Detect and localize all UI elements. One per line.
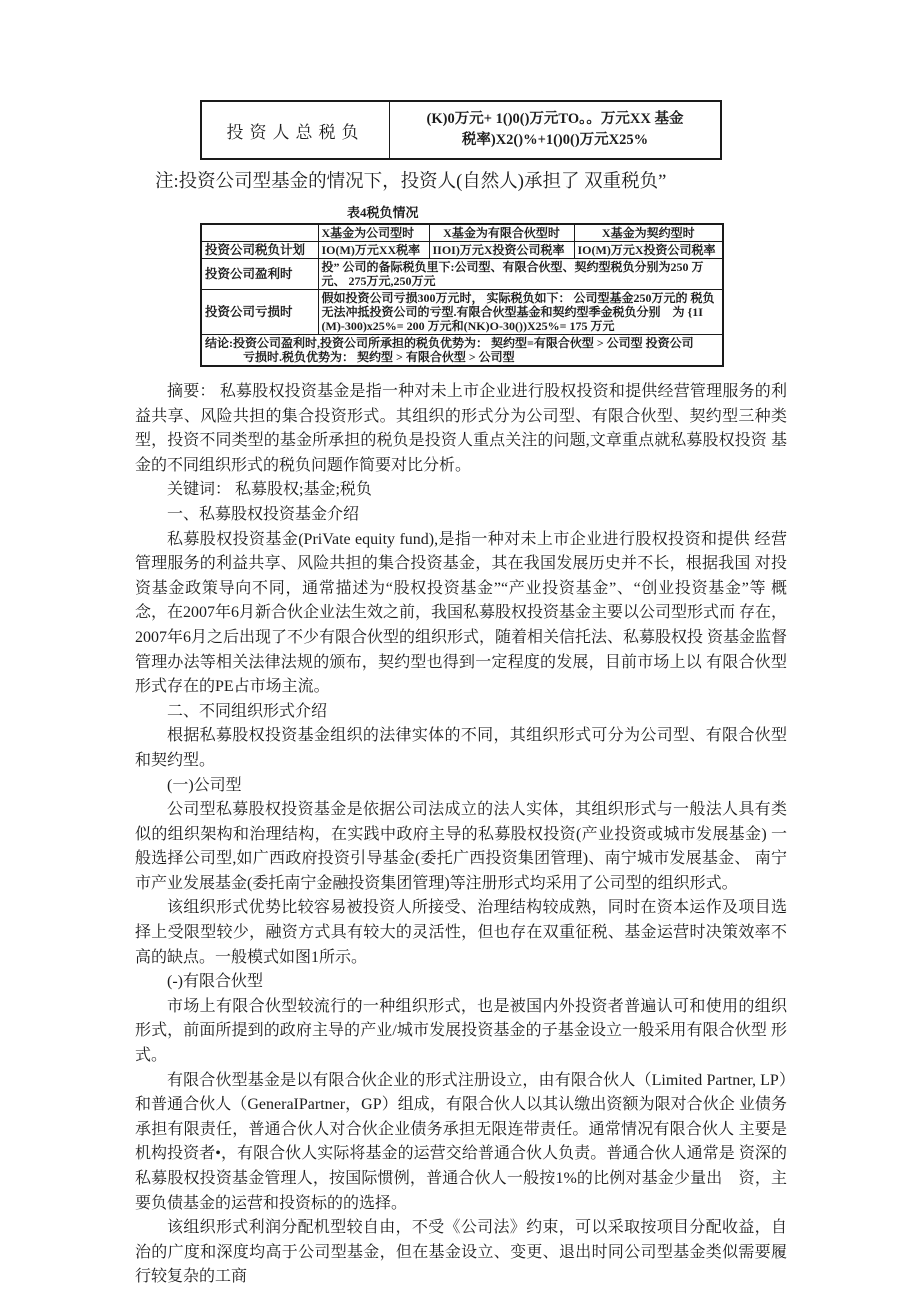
section-heading-2: 二、不同组织形式介绍 (135, 700, 787, 725)
double-tax-note: 注:投资公司型基金的情况下，投资人(自然人)承担了 双重税负” (155, 169, 787, 195)
abstract-paragraph: 摘要： 私募股权投资基金是指一种对未上市企业进行股权投资和提供经营管理服务的利 … (135, 380, 787, 478)
table-row: 投资人总税负 (K)0万元+ 1()0()万元TO。。万元XX 基金 税率)X2… (201, 101, 721, 159)
document-page: 投资人总税负 (K)0万元+ 1()0()万元TO。。万元XX 基金 税率)X2… (0, 0, 920, 1301)
header-contract-type: X基金为契约型时 (574, 224, 723, 242)
table-row-profit-case: 投资公司盈利时 投” 公司的备际税负里下:公司型、有限合伙型、契约型税负分别为2… (201, 259, 723, 290)
tax-plan-company-cell: IO(M)万元XX税率 (318, 242, 429, 259)
subsection-company-type: (一)公司型 (135, 774, 787, 799)
paragraph-partnership-intro: 市场上有限合伙型较流行的一种组织形式，也是被国内外投资者普遍认可和使用的组织 形… (135, 995, 787, 1069)
table4-caption: 表4税负情况 (347, 202, 787, 221)
table-row-tax-plan: 投资公司税负计划 IO(M)万元XX税率 IIOI)万元X投资公司税率 IO(M… (201, 242, 723, 259)
row-label-tax-plan: 投资公司税负计划 (201, 242, 318, 259)
investor-total-tax-table: 投资人总税负 (K)0万元+ 1()0()万元TO。。万元XX 基金 税率)X2… (200, 100, 722, 160)
keywords-line: 关键词： 私募股权;基金;税负 (135, 478, 787, 503)
section-heading-1: 一、私募股权投资基金介绍 (135, 503, 787, 528)
article-body: 摘要： 私募股权投资基金是指一种对未上市企业进行股权投资和提供经营管理服务的利 … (135, 380, 787, 1290)
subsection-partnership-type: (-)有限合伙型 (135, 970, 787, 995)
investor-total-tax-label: 投资人总税负 (201, 101, 390, 159)
paragraph-org-forms: 根据私募股权投资基金组织的法律实体的不同，其组织形式可分为公司型、有限合伙型 和… (135, 724, 787, 773)
row-label-loss: 投资公司亏损时 (201, 290, 318, 335)
conclusion-cell: 结论:投资公司盈利时,投资公司所承担的税负优势为： 契约型=有限合伙型 > 公司… (201, 335, 723, 367)
header-empty-cell (201, 224, 318, 242)
profit-case-cell: 投” 公司的备际税负里下:公司型、有限合伙型、契约型税负分别为250 万元、 2… (318, 259, 723, 290)
formula-line-1: (K)0万元+ 1()0()万元TO。。万元XX 基金 (394, 109, 716, 130)
tax-plan-contract-cell: IO(M)万元X投资公司税率 (574, 242, 723, 259)
paragraph-intro: 私募股权投资基金(PriVate equity fund),是指一种对未上市企业… (135, 528, 787, 700)
paragraph-company-desc: 公司型私募股权投资基金是依据公司法成立的法人实体，其组织形式与一般法人具有类 似… (135, 798, 787, 896)
formula-line-2: 税率)X2()%+1()0()万元X25% (394, 130, 716, 151)
tax-burden-table: X基金为公司型时 X基金为有限合伙型时 X基金为契约型时 投资公司税负计划 IO… (200, 223, 724, 367)
paragraph-partnership-profit: 该组织形式利润分配机型较自由，不受《公司法》约束，可以采取按项目分配收益，自 治… (135, 1216, 787, 1290)
table-header-row: X基金为公司型时 X基金为有限合伙型时 X基金为契约型时 (201, 224, 723, 242)
header-partnership-type: X基金为有限合伙型时 (429, 224, 574, 242)
header-company-type: X基金为公司型时 (318, 224, 429, 242)
conclusion-line-2: 亏损时.税负优势为： 契约型 > 有限合伙型 > 公司型 (205, 350, 719, 364)
investor-total-tax-formula: (K)0万元+ 1()0()万元TO。。万元XX 基金 税率)X2()%+1()… (390, 101, 722, 159)
paragraph-company-pros: 该组织形式优势比较容易被投资人所接受、治理结构较成熟，同时在资本运作及项目选 择… (135, 896, 787, 970)
paragraph-partnership-detail: 有限合伙型基金是以有限合伙企业的形式注册设立，由有限合伙人（Limited Pa… (135, 1069, 787, 1217)
table-row-loss-case: 投资公司亏损时 假如投资公司亏损300万元时， 实际税负如下： 公司型基金250… (201, 290, 723, 335)
table-row-conclusion: 结论:投资公司盈利时,投资公司所承担的税负优势为： 契约型=有限合伙型 > 公司… (201, 335, 723, 367)
document-content: 投资人总税负 (K)0万元+ 1()0()万元TO。。万元XX 基金 税率)X2… (135, 0, 787, 1290)
tax-plan-partnership-cell: IIOI)万元X投资公司税率 (429, 242, 574, 259)
loss-case-cell: 假如投资公司亏损300万元时， 实际税负如下： 公司型基金250万元的 税负无法… (318, 290, 723, 335)
row-label-profit: 投资公司盈利时 (201, 259, 318, 290)
conclusion-line-1: 结论:投资公司盈利时,投资公司所承担的税负优势为： 契约型=有限合伙型 > 公司… (205, 336, 719, 350)
